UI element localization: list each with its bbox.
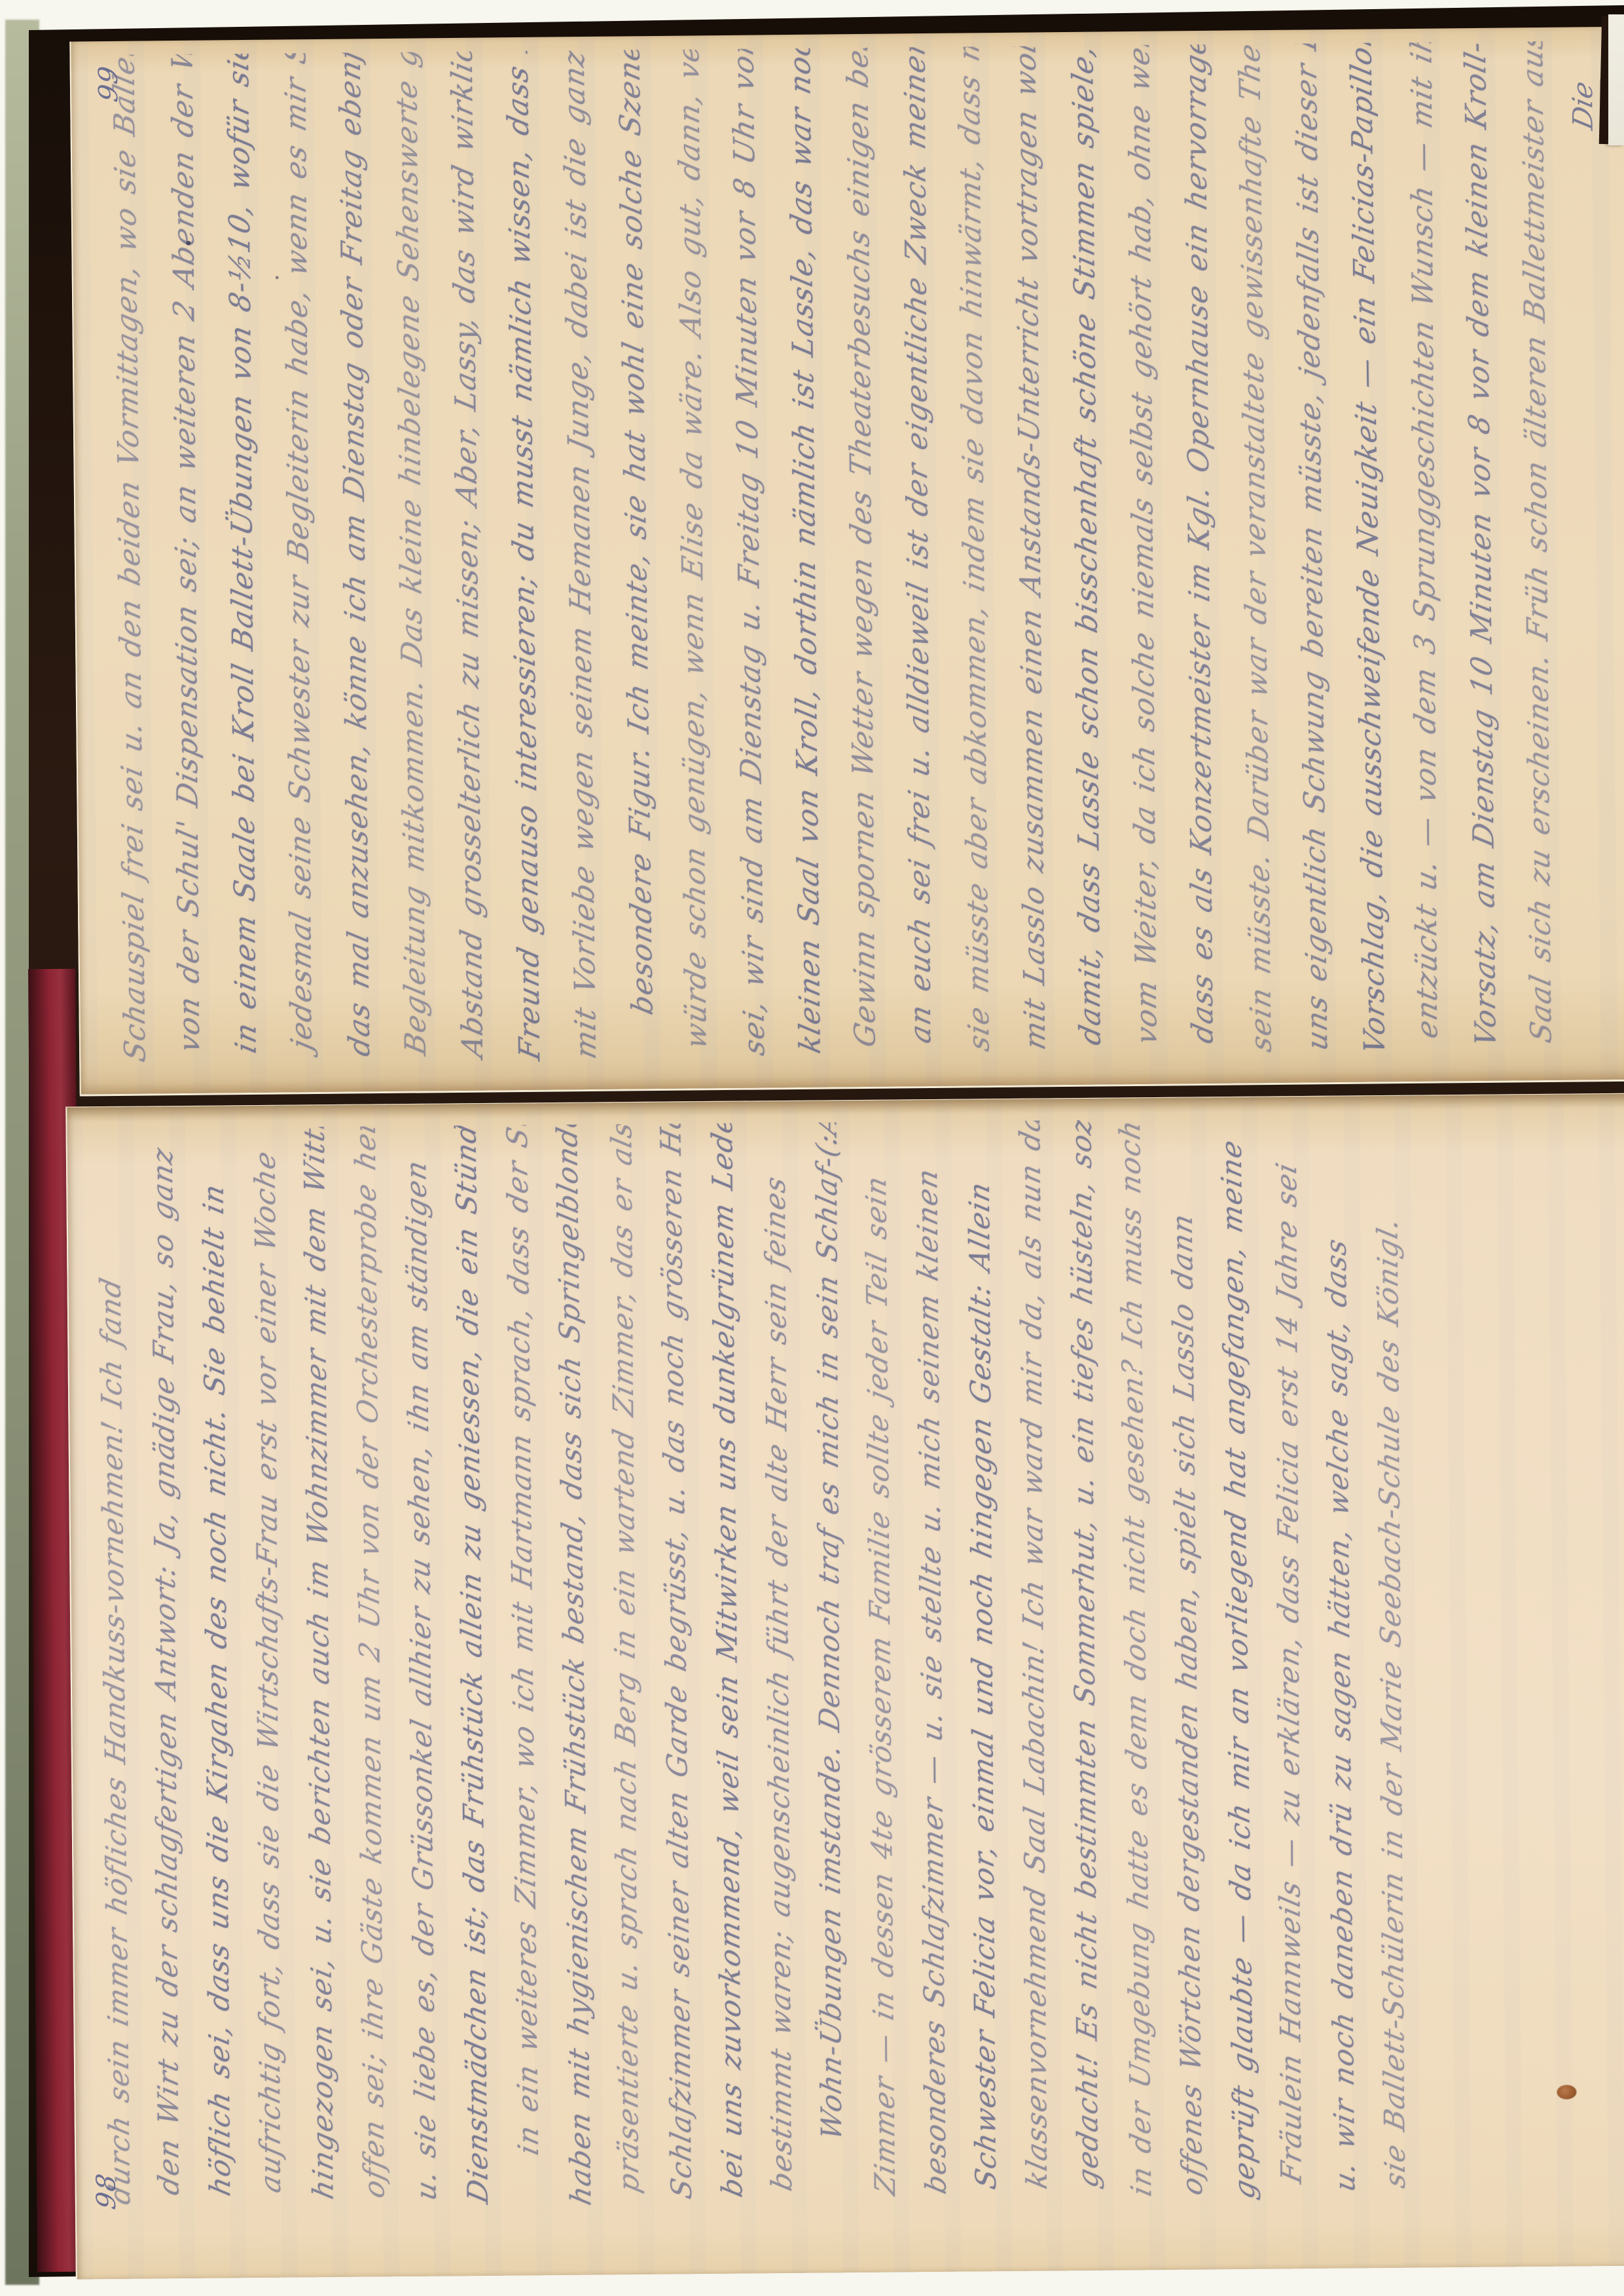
handwriting-line: hingezogen sei, u. sie berichten auch im…	[289, 1141, 350, 2204]
handwriting-line: Schwester Felicia vor, einmal und noch h…	[954, 1135, 1012, 2194]
diary-page-98: 98 durch sein immer höfliches Handkuss-v…	[65, 1093, 1624, 2280]
handwriting-line: in einem Saale bei Kroll Ballett-Übungen…	[211, 70, 275, 1059]
handwriting-line: gedacht! Es nicht bestimmten Sommerhut, …	[1056, 1135, 1113, 2193]
handwriting-line: aufrichtig fort, dass sie die Wirtschaft…	[240, 1142, 297, 2198]
handwriting-line: präsentierte u. sprach nach Berg in ein …	[596, 1139, 655, 2198]
ink-blot-stain	[1557, 2085, 1576, 2099]
handwriting-line: an euch sei frei u. alldieweil ist der e…	[888, 64, 950, 1049]
handwriting-line: sie müsste aber abkommen, indem sie davo…	[941, 63, 1007, 1057]
ink-dot	[276, 276, 279, 280]
handwriting-line: vom Weiter, da ich solche niemals selbst…	[1111, 62, 1175, 1050]
handwriting-line: damit, dass Lassle schon bisschenhaft sc…	[1055, 62, 1119, 1050]
handwriting-lines-98: durch sein immer höfliches Handkuss-vorn…	[85, 1137, 1422, 2210]
handwriting-line: Saal sich zu erscheinen. Früh schon älte…	[1505, 58, 1570, 1049]
handwriting-lines-99: Schauspiel frei sei u. an den beiden Vor…	[98, 64, 1570, 1066]
handwriting-line: Fräulein Hannweils — zu erklären, dass F…	[1261, 1133, 1318, 2188]
handwriting-line: durch sein immer höfliches Handkuss-vorn…	[84, 1142, 146, 2209]
handwriting-line: den Wirt zu der schlagfertigen Antwort: …	[137, 1142, 195, 2200]
page-edge-sliver	[1608, 14, 1624, 145]
handwriting-line: sei, wir sind am Dienstag u. Freitag 10 …	[716, 65, 784, 1061]
handwriting-block-page-98: 98 durch sein immer höfliches Handkuss-v…	[77, 1116, 1511, 2229]
handwriting-line: Begleitung mitkommen. Das kleine hinbele…	[379, 68, 444, 1061]
handwriting-line: von der Schul' Dispensation sei; an weit…	[155, 71, 219, 1058]
handwriting-line: besonderes Schlafzimmer — u. sie stellte…	[902, 1135, 962, 2198]
diary-page-99: 99 Schauspiel frei sei u. an den beiden …	[69, 27, 1624, 1097]
ink-dot	[186, 241, 190, 246]
catchword-underlined: Die	[1566, 71, 1602, 139]
handwriting-line: jedesmal seine Schwester zur Begleiterin…	[268, 69, 330, 1055]
handwriting-line: Schauspiel frei sei u. an den beiden Vor…	[97, 71, 164, 1067]
handwriting-line: das mal anzusehen, könne ich am Dienstag…	[323, 69, 388, 1061]
handwriting-block-page-99: 99 Schauspiel frei sei u. an den beiden …	[88, 41, 1623, 1086]
handwriting-line: Vorsatz, am Dienstag 10 Minuten vor 8 vo…	[1448, 58, 1515, 1052]
handwriting-line: höflich sei, dass uns die Kirgahen des n…	[188, 1142, 246, 2201]
handwriting-line: offen sei; ihre Gäste kommen um 2 Uhr vo…	[340, 1140, 401, 2203]
handwriting-line: Zimmer — in dessen 4te grösserem Familie…	[850, 1136, 911, 2200]
handwriting-line: sie Ballett-Schülerin in der Marie Seeba…	[1362, 1131, 1421, 2193]
handwriting-line: bei uns zuvorkommend, weil sein Mitwirke…	[697, 1137, 758, 2202]
handwriting-line: entzückt u. — von dem 3 Sprunggeschichte…	[1394, 59, 1456, 1044]
handwriting-line: kleinen Saal von Kroll, dorthin nämlich …	[772, 64, 839, 1059]
handwriting-line: klassenvornehmend Saal Labachin! Ich war…	[1005, 1135, 1063, 2193]
handwriting-line: u. wir noch daneben drü zu sagen hätten,…	[1310, 1132, 1371, 2197]
handwriting-line: bestimmt waren; augenscheinlich führt de…	[749, 1137, 808, 2196]
handwriting-line: mit Lasslo zusammen einen Anstands-Unter…	[998, 62, 1064, 1055]
handwriting-line: dass es als Konzertmeister im Kgl. Opern…	[1168, 61, 1231, 1049]
handwriting-line: würde schon genügen, wenn Elise da wäre.…	[661, 65, 725, 1054]
handwriting-line: Wohn-Übungen imstande. Dennoch traf es m…	[802, 1137, 858, 2145]
handwriting-line: Gewinn spornen Wetter wegen des Theaterb…	[830, 64, 893, 1053]
scanned-diary-photo: 99 Schauspiel frei sei u. an den beiden …	[0, 0, 1624, 2296]
